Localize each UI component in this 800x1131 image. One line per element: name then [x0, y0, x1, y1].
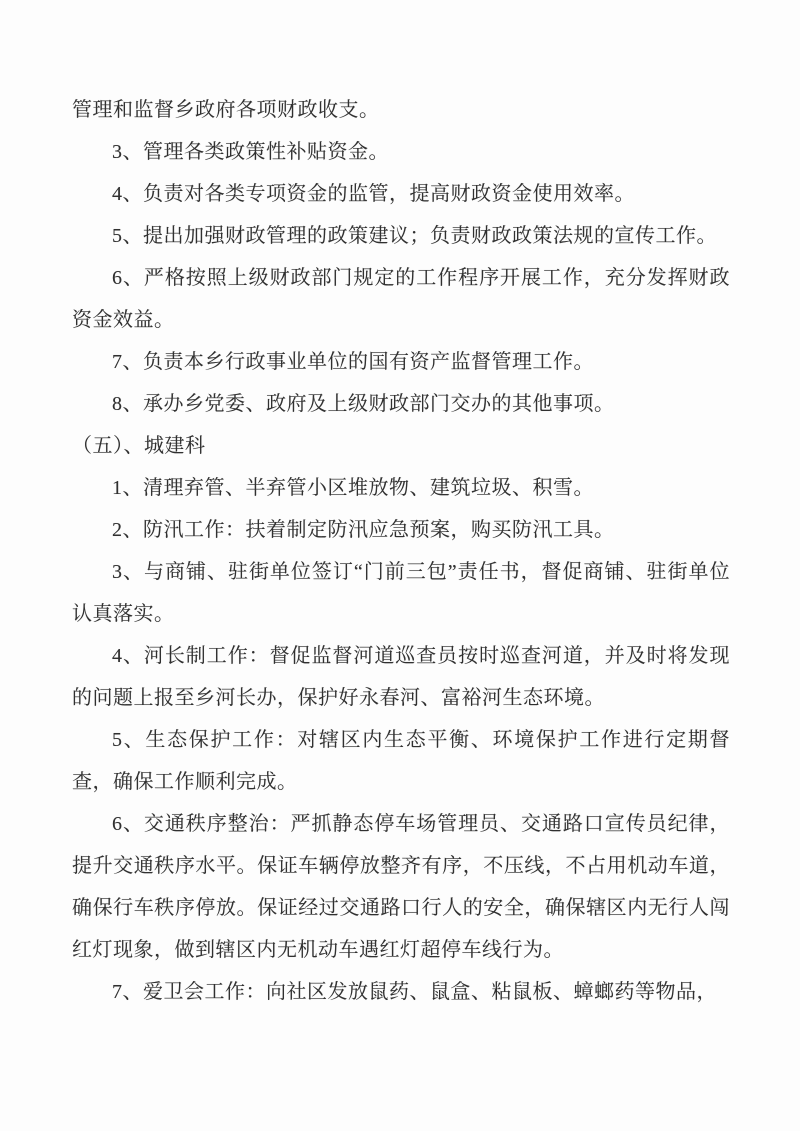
- document-body: 管理和监督乡政府各项财政收支。3、管理各类政策性补贴资金。4、负责对各类专项资金…: [72, 89, 730, 1013]
- paragraph: 5、生态保护工作：对辖区内生态平衡、环境保护工作进行定期督查，确保工作顺利完成。: [72, 719, 730, 803]
- paragraph: 6、交通秩序整治：严抓静态停车场管理员、交通路口宣传员纪律，提升交通秩序水平。保…: [72, 803, 730, 971]
- paragraph: （五）、城建科: [72, 425, 730, 467]
- paragraph: 4、河长制工作：督促监督河道巡查员按时巡查河道，并及时将发现的问题上报至乡河长办…: [72, 635, 730, 719]
- paragraph: 3、管理各类政策性补贴资金。: [72, 131, 730, 173]
- paragraph: 1、清理弃管、半弃管小区堆放物、建筑垃圾、积雪。: [72, 467, 730, 509]
- paragraph: 6、严格按照上级财政部门规定的工作程序开展工作，充分发挥财政资金效益。: [72, 257, 730, 341]
- paragraph: 3、与商铺、驻街单位签订“门前三包”责任书，督促商铺、驻街单位认真落实。: [72, 551, 730, 635]
- paragraph: 8、承办乡党委、政府及上级财政部门交办的其他事项。: [72, 383, 730, 425]
- paragraph: 7、爱卫会工作：向社区发放鼠药、鼠盒、粘鼠板、蟑螂药等物品，: [72, 971, 730, 1013]
- paragraph: 2、防汛工作：扶着制定防汛应急预案，购买防汛工具。: [72, 509, 730, 551]
- paragraph: 管理和监督乡政府各项财政收支。: [72, 89, 730, 131]
- paragraph: 4、负责对各类专项资金的监管，提高财政资金使用效率。: [72, 173, 730, 215]
- paragraph: 5、提出加强财政管理的政策建议；负责财政政策法规的宣传工作。: [72, 215, 730, 257]
- paragraph: 7、负责本乡行政事业单位的国有资产监督管理工作。: [72, 341, 730, 383]
- document-page: 管理和监督乡政府各项财政收支。3、管理各类政策性补贴资金。4、负责对各类专项资金…: [0, 0, 800, 1131]
